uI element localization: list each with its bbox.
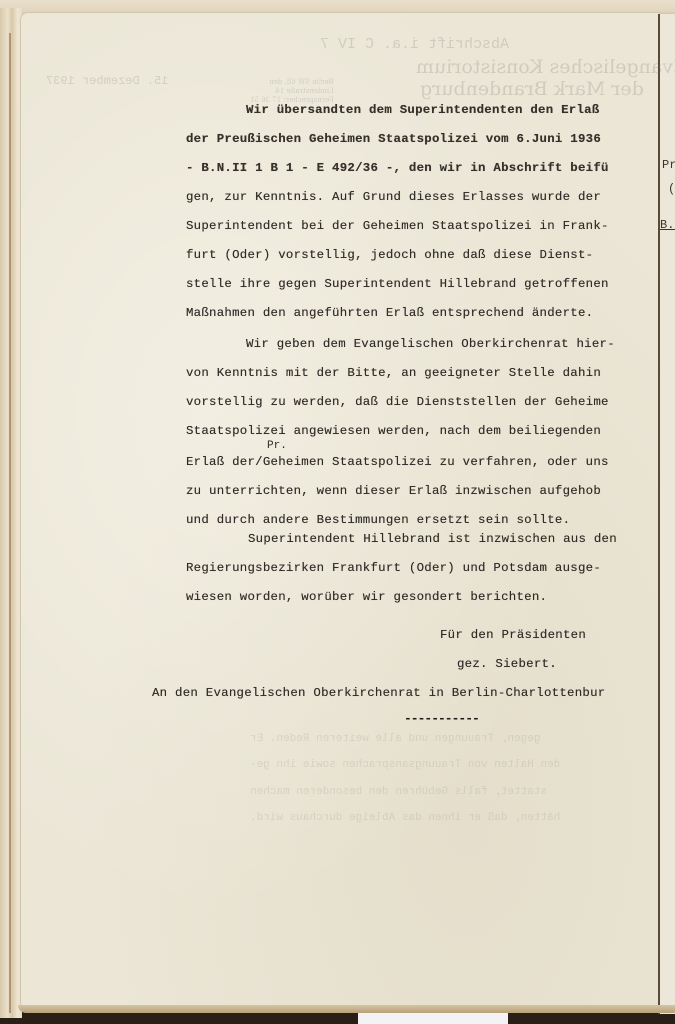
scan-label-strip — [358, 1013, 508, 1024]
paragraph-1-line: gen, zur Kenntnis. Auf Grund dieses Erla… — [186, 190, 601, 204]
paragraph-2-line: zu unterrichten, wenn dieser Erlaß inzwi… — [186, 484, 601, 498]
paragraph-2-line: und durch andere Bestimmungen ersetzt se… — [186, 513, 570, 527]
paragraph-1-line: Wir übersandten dem Superintendenten den… — [246, 103, 600, 117]
paragraph-2-line: Staatspolizei angewiesen werden, nach de… — [186, 424, 601, 438]
handwritten-insertion-pr: Pr. — [267, 440, 287, 452]
paragraph-3-line: Superintendent Hillebrand ist inzwischen… — [248, 532, 617, 546]
paragraph-2-line: Wir geben dem Evangelischen Oberkirchenr… — [246, 337, 615, 351]
paragraph-1-line: furt (Oder) vorstellig, jedoch ohne daß … — [186, 248, 593, 262]
addressee-line: An den Evangelischen Oberkirchenrat in B… — [152, 686, 605, 700]
margin-note: ( — [668, 182, 675, 196]
bottom-page-edge — [18, 1005, 675, 1013]
bleed-body-line: gegen, Trauungen und alle weiteren Reden… — [250, 733, 540, 745]
document-scan: Abschrift i.a. C IV 7 Evangelisches Kons… — [0, 0, 675, 1024]
bleed-reference: Abschrift i.a. C IV 7 — [320, 36, 509, 53]
signature-line-1: Für den Präsidenten — [440, 628, 586, 642]
signature-line-2: gez. Siebert. — [457, 657, 557, 671]
paragraph-1-line: Superintendent bei der Geheimen Staatspo… — [186, 219, 609, 233]
bleed-address: Berlin SW 68, den Lindenstraße 14 Fernsp… — [250, 78, 334, 105]
paragraph-3-line: wiesen worden, worüber wir gesondert ber… — [186, 590, 547, 604]
closing-dash-rule: ----------- — [404, 711, 479, 726]
bleed-body-line: stattet, falls Gebühren den besonderen m… — [250, 786, 547, 798]
paragraph-1-line: der Preußischen Geheimen Staatspolizei v… — [186, 132, 601, 146]
bleed-date: 15. Dezember 1937 — [46, 74, 168, 88]
margin-note: Pre — [662, 158, 675, 172]
bleed-body-line: den Halten von Trauungsansprachen sowie … — [250, 759, 560, 771]
bleed-letterhead-line2: der Mark Brandenburg — [420, 78, 644, 100]
paragraph-1-line: Maßnahmen den angeführten Erlaß entsprec… — [186, 306, 593, 320]
paragraph-1-line: stelle ihre gegen Superintendent Hillebr… — [186, 277, 609, 291]
paragraph-3-line: Regierungsbezirken Frankfurt (Oder) und … — [186, 561, 601, 575]
margin-note: B.- — [660, 218, 675, 232]
paragraph-2-line: Erlaß der/Geheimen Staatspolizei zu verf… — [186, 455, 609, 469]
paragraph-2-line: vorstellig zu werden, daß die Dienststel… — [186, 395, 609, 409]
bleed-body-line: hätten, daß er ihnen das Ableige durchau… — [250, 812, 560, 824]
paragraph-2-line: von Kenntnis mit der Bitte, an geeignete… — [186, 366, 601, 380]
bleed-letterhead-line1: Evangelisches Konsistorium — [416, 56, 675, 78]
paragraph-1-line: - B.N.II 1 B 1 - E 492/36 -, den wir in … — [186, 161, 609, 175]
left-stacked-page-edges — [0, 8, 22, 1018]
